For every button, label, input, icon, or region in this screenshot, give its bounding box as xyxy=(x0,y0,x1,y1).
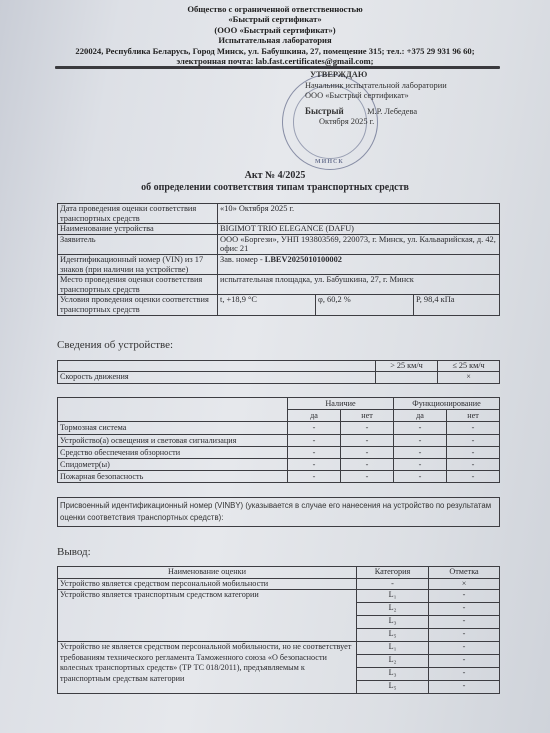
approval-date: Октября 2025 г. xyxy=(305,117,525,128)
system-label: Пожарная безопасность xyxy=(58,471,288,483)
header-line: (ООО «Быстрый сертификат») xyxy=(0,25,550,35)
cell: - xyxy=(341,459,394,471)
assessment-label: Устройство является средством персональн… xyxy=(58,578,357,590)
category-cell: L₁ xyxy=(357,590,429,603)
act-subtitle: об определении соответствия типам трансп… xyxy=(0,182,550,193)
assessment-label: Устройство не является средством персона… xyxy=(58,642,357,694)
mark-cell: - xyxy=(429,629,500,642)
info-value: испытательная площадка, ул. Бабушкина, 2… xyxy=(218,275,500,295)
speed-header-over25: > 25 км/ч xyxy=(376,361,438,372)
category-cell: L₁ xyxy=(357,642,429,655)
condition-humidity: φ, 60,2 % xyxy=(316,295,414,315)
cell: - xyxy=(394,459,447,471)
table-row: Условия проведения оценки соответствия т… xyxy=(58,295,500,315)
approval-signature-row: Быстрый М.Р. Лебедева xyxy=(305,106,525,118)
table-row: Скорость движения × xyxy=(58,372,500,383)
header-line: Испытательная лаборатория xyxy=(0,35,550,45)
category-cell: - xyxy=(357,578,429,590)
stamp-text: МИНСК xyxy=(315,159,344,165)
system-label: Устройство(а) освещения и световая сигна… xyxy=(58,434,288,446)
act-title: Акт № 4/2025 xyxy=(0,169,550,182)
cell: - xyxy=(447,471,500,483)
mark-cell: - xyxy=(429,590,500,603)
table-row: Идентификационный номер (VIN) из 17 знак… xyxy=(58,254,500,274)
table-row: Устройство является транспортным средств… xyxy=(58,590,500,603)
cell: - xyxy=(341,471,394,483)
system-label: Средство обеспечения обзорности xyxy=(58,446,288,458)
cell: - xyxy=(341,434,394,446)
systems-table: Наличие Функционирование да нет да нет Т… xyxy=(57,397,500,483)
category-cell: L₃ xyxy=(357,616,429,629)
mark-cell: - xyxy=(429,603,500,616)
systems-header-blank xyxy=(58,398,288,422)
mark-cell: - xyxy=(429,642,500,655)
cell: - xyxy=(341,422,394,434)
table-row: Устройство не является средством персона… xyxy=(58,642,500,655)
cell: - xyxy=(288,422,341,434)
info-value: ООО «Боргези», УНП 193803569, 220073, г.… xyxy=(218,234,500,254)
signature: Быстрый xyxy=(305,106,365,117)
info-key: Заявитель xyxy=(58,234,218,254)
header-presence: Наличие xyxy=(288,398,394,410)
subheader-yes: да xyxy=(288,410,341,422)
table-row: Наименование устройства BIGIMOT TRIO ELE… xyxy=(58,224,500,235)
category-cell: L₂ xyxy=(357,655,429,668)
approver-name: М.Р. Лебедева xyxy=(367,107,417,116)
table-row: Тормозная система - - - - xyxy=(58,422,500,434)
approval-block: УТВЕРЖДАЮ Начальник испытательной лабора… xyxy=(305,70,525,128)
header-line: электронная почта: lab.fast.certificates… xyxy=(0,56,550,66)
condition-pressure: P, 98,4 кПа xyxy=(414,295,500,315)
system-label: Тормозная система xyxy=(58,422,288,434)
info-key: Условия проведения оценки соответствия т… xyxy=(58,295,218,315)
info-key: Дата проведения оценки соответствия тран… xyxy=(58,204,218,224)
table-row: Средство обеспечения обзорности - - - - xyxy=(58,446,500,458)
table-header-row: Наличие Функционирование xyxy=(58,398,500,410)
header-divider xyxy=(55,66,500,69)
table-row: Пожарная безопасность - - - - xyxy=(58,471,500,483)
speed-header-under25: ≤ 25 км/ч xyxy=(438,361,500,372)
info-key: Место проведения оценки соответствия тра… xyxy=(58,275,218,295)
device-section-title: Сведения об устройстве: xyxy=(57,339,173,351)
speed-under25-value: × xyxy=(438,372,500,383)
subheader-no: нет xyxy=(341,410,394,422)
subheader-yes: да xyxy=(394,410,447,422)
vinby-note: Присвоенный идентификационный номер (VIN… xyxy=(57,497,500,527)
vin-prefix: Зав. номер - xyxy=(220,255,265,264)
cell: - xyxy=(288,446,341,458)
cell: - xyxy=(447,434,500,446)
cell: - xyxy=(394,434,447,446)
table-header-row: > 25 км/ч ≤ 25 км/ч xyxy=(58,361,500,372)
mark-cell: - xyxy=(429,616,500,629)
table-row: Дата проведения оценки соответствия тран… xyxy=(58,204,500,224)
speed-over25-value xyxy=(376,372,438,383)
assessment-label: Устройство является транспортным средств… xyxy=(58,590,357,642)
conclusion-title: Вывод: xyxy=(57,546,91,558)
cell: - xyxy=(288,434,341,446)
info-key: Наименование устройства xyxy=(58,224,218,235)
info-key: Идентификационный номер (VIN) из 17 знак… xyxy=(58,254,218,274)
table-row: Устройство является средством персональн… xyxy=(58,578,500,590)
cell: - xyxy=(394,422,447,434)
table-row: Место проведения оценки соответствия тра… xyxy=(58,275,500,295)
info-value: Зав. номер - LBEV2025010100002 xyxy=(218,254,500,274)
org-header: Общество с ограниченной ответственностью… xyxy=(0,4,550,66)
header-assessment: Наименование оценки xyxy=(58,567,357,579)
table-header-row: Наименование оценки Категория Отметка xyxy=(58,567,500,579)
condition-temp: t, +18,9 °C xyxy=(218,295,316,315)
cell: - xyxy=(447,422,500,434)
mark-cell: - xyxy=(429,681,500,694)
speed-label: Скорость движения xyxy=(58,372,376,383)
cell: - xyxy=(288,459,341,471)
category-cell: L₂ xyxy=(357,603,429,616)
conclusion-table: Наименование оценки Категория Отметка Ус… xyxy=(57,566,500,694)
category-cell: L₃ xyxy=(357,668,429,681)
speed-header-blank xyxy=(58,361,376,372)
cell: - xyxy=(447,446,500,458)
cell: - xyxy=(394,471,447,483)
document-page: Общество с ограниченной ответственностью… xyxy=(0,0,550,733)
header-line: Общество с ограниченной ответственностью xyxy=(0,4,550,14)
category-cell: L₅ xyxy=(357,629,429,642)
info-value: «10» Октября 2025 г. xyxy=(218,204,500,224)
mark-cell: - xyxy=(429,655,500,668)
table-row: Устройство(а) освещения и световая сигна… xyxy=(58,434,500,446)
category-cell: L₅ xyxy=(357,681,429,694)
table-row: Заявитель ООО «Боргези», УНП 193803569, … xyxy=(58,234,500,254)
vin-value: LBEV2025010100002 xyxy=(265,255,342,264)
cell: - xyxy=(394,446,447,458)
speed-table: > 25 км/ч ≤ 25 км/ч Скорость движения × xyxy=(57,360,500,384)
approval-org: ООО «Быстрый сертификат» xyxy=(305,91,525,102)
header-mark: Отметка xyxy=(429,567,500,579)
header-line: «Быстрый сертификат» xyxy=(0,14,550,24)
header-functioning: Функционирование xyxy=(394,398,500,410)
system-label: Спидометр(ы) xyxy=(58,459,288,471)
mark-cell: × xyxy=(429,578,500,590)
mark-cell: - xyxy=(429,668,500,681)
header-line: 220024, Республика Беларусь, Город Минск… xyxy=(0,46,550,56)
header-category: Категория xyxy=(357,567,429,579)
cell: - xyxy=(341,446,394,458)
info-value: BIGIMOT TRIO ELEGANCE (DAFU) xyxy=(218,224,500,235)
cell: - xyxy=(447,459,500,471)
cell: - xyxy=(288,471,341,483)
approval-position: Начальник испытательной лаборатории xyxy=(305,81,525,92)
subheader-no: нет xyxy=(447,410,500,422)
info-table: Дата проведения оценки соответствия тран… xyxy=(57,203,500,316)
approval-title: УТВЕРЖДАЮ xyxy=(305,70,525,81)
table-row: Спидометр(ы) - - - - xyxy=(58,459,500,471)
